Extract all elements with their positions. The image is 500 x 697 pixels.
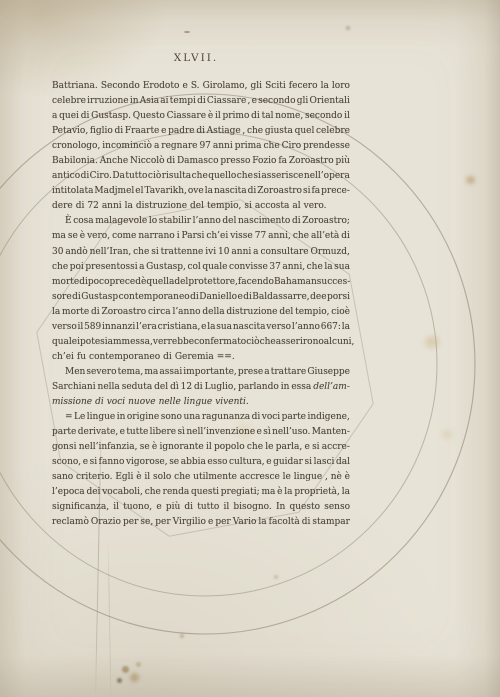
word: ciò	[148, 169, 161, 184]
word: tema,	[118, 365, 144, 380]
word: vero,	[87, 229, 110, 244]
foxing-spot	[466, 176, 475, 184]
word: Girolamo,	[203, 79, 248, 94]
text-line: Ècosamalagevolelostabilirl’annodelnascim…	[52, 214, 350, 229]
word: 77	[255, 229, 266, 244]
word: innanzi	[102, 320, 135, 335]
word: se	[169, 455, 179, 470]
foxing-spot	[184, 31, 190, 33]
word: il	[113, 500, 119, 515]
word: tutto	[125, 169, 147, 184]
word: Orientali	[309, 94, 349, 109]
word: parte	[52, 425, 76, 440]
text-line: qualeipotesiammessa,verrebbeconfermatoci…	[52, 335, 350, 350]
word: consultare	[260, 245, 308, 260]
word: fanno	[99, 455, 125, 470]
word: è	[80, 229, 85, 244]
word: quella	[146, 275, 174, 290]
word: celebre	[52, 94, 86, 109]
word: dal	[336, 455, 350, 470]
word: sono	[161, 410, 182, 425]
word: Baldassarre,	[252, 290, 309, 305]
word: tutte	[126, 425, 148, 440]
word: Manten-	[312, 425, 350, 440]
word: Gustasp.	[91, 109, 131, 124]
word: più	[335, 154, 349, 169]
word: trattare	[271, 365, 307, 380]
word: anni,	[268, 229, 291, 244]
word: che	[264, 139, 280, 154]
word: a	[253, 245, 258, 260]
word: di	[81, 109, 90, 124]
word: Virgilio	[173, 515, 206, 530]
word: vero.	[304, 199, 327, 214]
word: si	[244, 199, 252, 214]
word: che	[247, 124, 263, 139]
foxing-spot	[180, 634, 184, 638]
word: la	[52, 305, 60, 320]
word: di	[79, 275, 88, 290]
word: distruzione	[136, 199, 187, 214]
word: di	[115, 124, 124, 139]
word: ch’ei	[206, 229, 228, 244]
word: morte	[62, 305, 89, 320]
word: circa	[148, 305, 171, 320]
word: solo	[153, 470, 171, 485]
word: succes-	[317, 275, 350, 290]
word: prece-	[321, 184, 350, 199]
word: cosa	[73, 214, 93, 229]
word: È	[65, 214, 72, 229]
word: la	[324, 260, 332, 275]
text-line: gonsinell’infanzia,seèignoranteilpopoloc…	[52, 440, 350, 455]
word: più	[166, 500, 180, 515]
word: contemporaneo	[89, 350, 160, 365]
word: el	[135, 184, 143, 199]
word: Fraarte	[125, 124, 160, 139]
word: =	[65, 410, 73, 425]
word: cultura,	[229, 455, 265, 470]
text-line: missionedivocinuovenellelingueviventi.	[52, 395, 350, 410]
word: quale	[202, 260, 227, 275]
word: tempi	[170, 94, 196, 109]
word: le	[283, 470, 291, 485]
word: anni	[231, 245, 251, 260]
word: si	[305, 455, 313, 470]
word: che	[192, 169, 208, 184]
word: Gustasp,	[146, 260, 186, 275]
foxing-spot	[442, 430, 452, 439]
word: che	[260, 335, 276, 350]
word: indigene,	[307, 410, 349, 425]
text-block: Battriana.SecondoErodotoeS.Girolamo,gliS…	[52, 79, 350, 530]
word: porsi	[327, 290, 350, 305]
word: dì	[170, 380, 179, 395]
word: Men	[65, 365, 85, 380]
word: irruzione	[87, 94, 128, 109]
word: Niccolò	[130, 154, 165, 169]
word: anni,	[282, 260, 305, 275]
word: ma	[144, 365, 158, 380]
word: stabilir	[159, 214, 191, 229]
word: Ormuzd,	[311, 245, 350, 260]
word: accre-	[322, 440, 350, 455]
word: per	[123, 515, 138, 530]
word: presentossi	[85, 260, 137, 275]
foxing-spot	[130, 673, 139, 682]
word: morte	[52, 275, 79, 290]
word: il	[344, 109, 350, 124]
word: ipotesi	[77, 335, 108, 350]
word: esso	[207, 455, 227, 470]
word: loro	[332, 79, 350, 94]
book-page: XLVII. Battriana.SecondoErodotoeS.Girola…	[0, 0, 500, 697]
word: di	[95, 395, 104, 410]
word: la	[342, 485, 350, 500]
word: confermato	[194, 335, 246, 350]
word: parla,	[276, 440, 303, 455]
word: fu	[77, 350, 86, 365]
word: di	[251, 109, 260, 124]
text-line: anticodiCiro.Datuttociòrisultachequelloc…	[52, 169, 350, 184]
word: verso	[52, 320, 77, 335]
word: significanza,	[52, 500, 109, 515]
text-line: chepoipresentossiaGustasp,colqualeconvis…	[52, 260, 350, 275]
word: nell’opera	[304, 169, 350, 184]
word: è	[345, 470, 350, 485]
word: pregiati;	[221, 485, 260, 500]
word: al	[292, 199, 300, 214]
word: anni	[102, 199, 122, 214]
word: Da	[112, 169, 125, 184]
word: e	[208, 515, 213, 530]
word: a	[154, 139, 159, 154]
word: nella	[98, 380, 120, 395]
word: figlio	[90, 124, 113, 139]
word: una	[183, 410, 200, 425]
word: quale	[52, 335, 77, 350]
word: a	[139, 260, 144, 275]
word: 37	[269, 260, 280, 275]
word: senso	[324, 500, 350, 515]
word: quei	[59, 109, 79, 124]
word: fa	[311, 184, 320, 199]
text-line: deredi72anniladistruzionedeltempio,siacc…	[52, 199, 350, 214]
word: fa	[278, 154, 287, 169]
word: accosta	[255, 199, 289, 214]
word: bisogno.	[233, 500, 271, 515]
word: convisse	[229, 260, 268, 275]
word: Luglio,	[205, 380, 237, 395]
word: la	[207, 320, 215, 335]
text-line: =Lelingueinoriginesonounaragunanzadivoci…	[52, 410, 350, 425]
word: Secondo	[101, 79, 140, 94]
word: si	[90, 455, 98, 470]
word: fecero	[289, 79, 318, 94]
word: 667:	[321, 320, 341, 335]
word: cronologo,	[52, 139, 100, 154]
foxing-spot	[346, 26, 350, 30]
word: del	[154, 380, 168, 395]
word: anni	[213, 139, 233, 154]
word: reclamò	[52, 515, 89, 530]
word: Geremia	[175, 350, 214, 365]
word: la	[205, 184, 213, 199]
word: facendo	[238, 275, 274, 290]
word: cristiana,	[158, 320, 201, 335]
word: di	[76, 199, 85, 214]
word: ai	[160, 94, 168, 109]
word: e	[161, 124, 166, 139]
word: della	[202, 305, 224, 320]
word: giusta	[265, 124, 293, 139]
word: lo	[149, 214, 157, 229]
word: del	[279, 305, 293, 320]
word: in	[117, 410, 126, 425]
word: si	[312, 440, 320, 455]
word: l’epoca	[52, 485, 85, 500]
word: sano	[52, 470, 73, 485]
word: accresce	[240, 470, 280, 485]
word: Battriana.	[52, 79, 98, 94]
word: Ciassare	[167, 109, 206, 124]
word: l’anno	[193, 214, 221, 229]
word: è	[208, 109, 213, 124]
word: di	[197, 94, 206, 109]
word: Gustasp	[81, 290, 118, 305]
word: si	[253, 169, 261, 184]
word: di	[341, 229, 350, 244]
word: Asia	[140, 94, 159, 109]
text-line: Babilonia.AncheNiccolòdiDamascopressoFoz…	[52, 154, 350, 169]
word: andò	[65, 245, 87, 260]
word: quello	[208, 169, 236, 184]
word: l’anno	[172, 305, 200, 320]
word: e	[182, 79, 187, 94]
word: prese	[238, 365, 263, 380]
word: voci	[262, 410, 280, 425]
word: di	[91, 305, 100, 320]
foxing-spot	[122, 666, 129, 673]
word: lingue	[87, 410, 115, 425]
word: cioè	[331, 305, 350, 320]
word: vocaboli,	[102, 485, 143, 500]
word: incominciò	[102, 139, 152, 154]
word: che	[133, 245, 149, 260]
text-line: reclamòOrazioperse,perVirgilioeperVariol…	[52, 515, 350, 530]
word: Zoroastro	[101, 305, 146, 320]
word: del	[190, 199, 204, 214]
word: per	[215, 515, 230, 530]
word: nè	[331, 470, 342, 485]
word: di	[248, 184, 257, 199]
word: 72	[87, 199, 98, 214]
word: ivi	[205, 245, 216, 260]
word: e	[252, 94, 257, 109]
word: parlando	[238, 380, 279, 395]
text-line: scono,esifannovigorose,seabbiaessocultur…	[52, 455, 350, 470]
word: facoltà	[269, 515, 300, 530]
text-line: Petavio,figliodiFraarteepadrediAstiage,c…	[52, 124, 350, 139]
word: quel	[295, 124, 315, 139]
word: tal	[262, 109, 274, 124]
word: Damasco	[177, 154, 219, 169]
word: prima	[235, 139, 262, 154]
word: nascita	[233, 320, 266, 335]
word: ciò	[246, 335, 259, 350]
word: Ciro	[282, 139, 302, 154]
word: poi	[70, 260, 84, 275]
word: asserirono	[276, 335, 324, 350]
word: Orazio	[91, 515, 121, 530]
word: utilmente	[193, 470, 237, 485]
word: regnare	[161, 139, 197, 154]
word: dell’am-	[313, 380, 350, 395]
word: nome,	[275, 109, 303, 124]
word: e	[305, 440, 310, 455]
word: padre	[168, 124, 195, 139]
text-line: ch’eifucontemporaneodiGeremia==.	[52, 350, 350, 365]
text-line: significanza,iltuono,epiùdituttoilbisogn…	[52, 500, 350, 515]
text-line: mortedipocoprecedèquelladelprotettore,fa…	[52, 275, 350, 290]
word: ,	[242, 124, 245, 139]
text-line: maseèvero,comenarranoiParsich’eivisse77a…	[52, 229, 350, 244]
word: gli	[297, 94, 309, 109]
word: voci	[107, 395, 125, 410]
word: lingue	[294, 470, 322, 485]
word: Astiage	[207, 124, 241, 139]
word: stampar	[312, 515, 350, 530]
word: presso	[220, 154, 250, 169]
word: tempio,	[207, 199, 241, 214]
word: assai	[159, 365, 182, 380]
word: di	[81, 169, 90, 184]
word: Erodoto	[143, 79, 180, 94]
word: che	[174, 470, 190, 485]
word: l’era	[136, 320, 157, 335]
word: nascimento	[238, 214, 290, 229]
word: secondo	[305, 109, 342, 124]
word: di	[163, 350, 172, 365]
word: e	[237, 290, 242, 305]
word: che	[145, 485, 161, 500]
word: vigorose,	[126, 455, 168, 470]
word: di	[196, 124, 205, 139]
word: Sarchiani	[52, 380, 96, 395]
word: essa	[291, 380, 311, 395]
word: e	[257, 425, 262, 440]
text-line: 30andònell’Iran,chesitrattenneivi10annia…	[52, 245, 350, 260]
word: antico	[52, 169, 80, 184]
word: in	[281, 380, 290, 395]
word: criterio.	[76, 470, 112, 485]
word: ==.	[217, 350, 235, 365]
word: sua	[334, 260, 350, 275]
word: il	[78, 320, 84, 335]
word: e	[156, 500, 161, 515]
word: intitolata	[52, 184, 93, 199]
text-line: partederivate,etutteliberesìnell’invenzi…	[52, 425, 350, 440]
word: e	[83, 455, 88, 470]
foxing-spot	[425, 336, 439, 348]
word: ma	[261, 485, 275, 500]
word: che	[237, 169, 253, 184]
word: Questo	[133, 109, 165, 124]
text-line: Battriana.SecondoErodotoeS.Girolamo,gliS…	[52, 79, 350, 94]
text-line: intitolataMadjmelelTavarikh,ovelanascita…	[52, 184, 350, 199]
word: Ciro.	[90, 169, 112, 184]
word: asserisce	[261, 169, 303, 184]
word: Babilonia.	[52, 154, 98, 169]
word: la	[284, 485, 292, 500]
word: è	[136, 470, 141, 485]
word: che	[293, 229, 309, 244]
word: secondo	[258, 94, 295, 109]
word: verso	[266, 320, 291, 335]
foxing-spot	[117, 678, 122, 683]
word: Zoroastro	[289, 154, 334, 169]
word: il	[223, 500, 229, 515]
word: 10	[218, 245, 229, 260]
word: sua	[216, 320, 232, 335]
word: la	[321, 79, 329, 94]
word: abbia	[181, 455, 206, 470]
word: Daniello	[199, 290, 237, 305]
text-line: aqueidiGustasp.QuestoCiassareèilprimodit…	[52, 109, 350, 124]
word: narrano	[138, 229, 174, 244]
word: tempio,	[295, 305, 329, 320]
word: Ciassare	[207, 94, 246, 109]
word: viventi.	[215, 395, 249, 410]
word: e	[120, 425, 125, 440]
word: per	[155, 515, 170, 530]
word: è	[152, 440, 157, 455]
page-number: XLVII.	[52, 52, 340, 64]
word: e	[266, 455, 271, 470]
word: seduta	[122, 380, 153, 395]
word: sì	[263, 425, 271, 440]
word: questi	[191, 485, 219, 500]
word: scono,	[52, 455, 81, 470]
word: di	[190, 290, 199, 305]
word: 97	[199, 139, 210, 154]
word: Anche	[100, 154, 128, 169]
word: di	[72, 290, 81, 305]
word: 12	[181, 380, 192, 395]
word: il	[206, 440, 212, 455]
text-line: lamortediZoroastrocircal’annodelladistru…	[52, 305, 350, 320]
word: origine	[127, 410, 159, 425]
word: del	[222, 214, 236, 229]
word: di	[252, 410, 261, 425]
word: la	[258, 515, 266, 530]
word: se	[68, 229, 78, 244]
word: nell’Iran,	[90, 245, 132, 260]
word: 30	[52, 245, 63, 260]
word: protettore,	[188, 275, 238, 290]
word: sore	[52, 290, 72, 305]
word: dei	[86, 485, 100, 500]
word: derivate,	[78, 425, 119, 440]
word: Parsi	[182, 229, 205, 244]
paper-crease	[108, 540, 112, 696]
word: Zoroastro	[257, 184, 302, 199]
foxing-spot	[136, 662, 141, 667]
word: come	[112, 229, 136, 244]
word: primo	[222, 109, 249, 124]
word: col	[187, 260, 200, 275]
word: Petavio,	[52, 124, 88, 139]
